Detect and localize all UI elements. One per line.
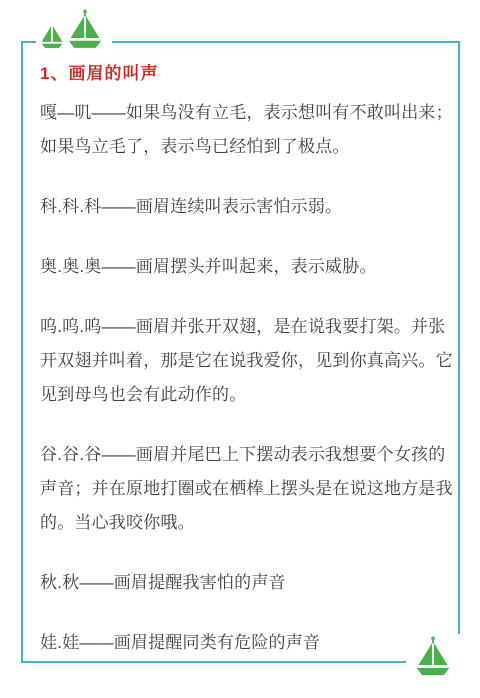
article-heading: 1、画眉的叫声: [40, 62, 454, 86]
paragraph-call-wa: 娃.娃——画眉提醒同类有危险的声音: [40, 626, 454, 660]
bottom-right-boat: [406, 634, 466, 676]
article-body: 1、画眉的叫声 嘎—叽——如果鸟没有立毛，表示想叫有不敢叫出来；如果鸟立毛了，表…: [40, 62, 454, 660]
paragraph-call-ga-ji: 嘎—叽——如果鸟没有立毛，表示想叫有不敢叫出来；如果鸟立毛了，表示鸟已经怕到了极…: [40, 96, 454, 164]
paragraph-call-gu: 谷.谷.谷——画眉并尾巴上下摆动表示我想要个女孩的声音；并在原地打圈或在栖棒上摆…: [40, 438, 454, 540]
paragraph-call-ke: 科.科.科——画眉连续叫表示害怕示弱。: [40, 190, 454, 224]
top-left-boats: [36, 8, 112, 50]
sailboat-icon-large: [67, 8, 103, 50]
sailboat-icon-large: [414, 636, 452, 676]
article-card: 1、画眉的叫声 嘎—叽——如果鸟没有立毛，表示想叫有不敢叫出来；如果鸟立毛了，表…: [0, 0, 480, 698]
paragraph-call-ao: 奥.奥.奥——画眉摆头并叫起来，表示威胁。: [40, 250, 454, 284]
sailboat-icon-small: [39, 20, 65, 50]
paragraph-call-wu: 呜.呜.呜——画眉并张开双翅，是在说我要打架。并张开双翅并叫着，那是它在说我爱你…: [40, 310, 454, 412]
paragraph-call-qiu: 秋.秋——画眉提醒我害怕的声音: [40, 566, 454, 600]
